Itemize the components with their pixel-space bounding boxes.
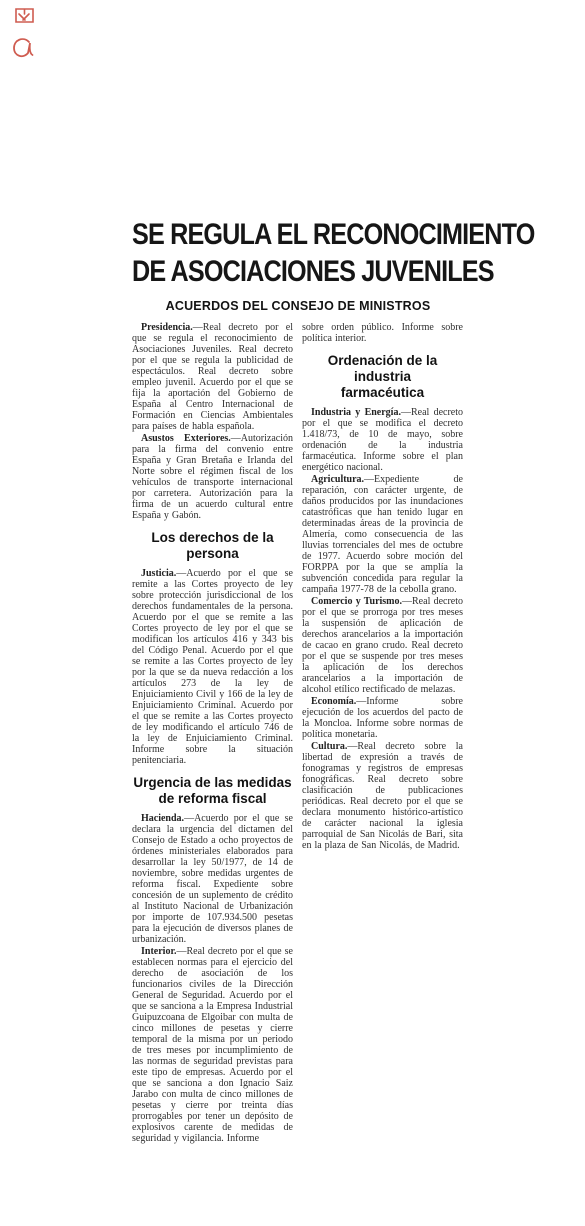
para-agricultura: Agricultura.—Expediente de reparación, c… (302, 474, 463, 595)
para-presidencia: Presidencia.—Real decreto por el que se … (132, 322, 293, 432)
paragraph-lead: Economía. (311, 696, 356, 707)
paragraph-lead: Cultura. (311, 741, 347, 752)
paragraph-lead: Industria y Energía. (311, 407, 401, 418)
paragraph-lead: Asustos Exteriores. (141, 433, 231, 444)
para-asuntos-exteriores: Asustos Exteriores.—Autorización para la… (132, 433, 293, 521)
article-columns: Presidencia.—Real decreto por el que se … (132, 322, 464, 1145)
para-justicia: Justicia.—Acuerdo por el que se remite a… (132, 568, 293, 766)
paragraph-lead: Agricultura. (311, 474, 364, 485)
para-comercio-turismo: Comercio y Turismo.—Real decreto por el … (302, 596, 463, 695)
para-interior: Interior.—Real decreto por el que se est… (132, 946, 293, 1144)
paragraph-lead: Comercio y Turismo. (311, 596, 402, 607)
subhead: ACUERDOS DEL CONSEJO DE MINISTROS (132, 299, 464, 313)
red-pencil-mark-1 (14, 6, 36, 31)
headline-line-2: DE ASOCIACIONES JUVENILES (132, 253, 411, 290)
para-economia: Economía.—Informe sobre ejecución de los… (302, 696, 463, 740)
para-interior-continuacion: sobre orden público. Informe sobre polít… (302, 322, 463, 344)
headline: SE REGULA EL RECONOCIMIENTO DE ASOCIACIO… (132, 216, 464, 290)
column-left: Presidencia.—Real decreto por el que se … (132, 322, 293, 1145)
red-pencil-mark-2 (10, 34, 36, 63)
newspaper-clipping: SE REGULA EL RECONOCIMIENTO DE ASOCIACIO… (0, 0, 585, 1226)
column-right: sobre orden público. Informe sobre polít… (302, 322, 463, 1145)
article: SE REGULA EL RECONOCIMIENTO DE ASOCIACIO… (132, 216, 464, 1145)
section-heading: Ordenación de la industriafarmacéutica (302, 353, 463, 401)
para-cultura: Cultura.—Real decreto sobre la libertad … (302, 741, 463, 851)
paragraph-lead: Interior. (141, 946, 176, 957)
paragraph-lead: Justicia. (141, 568, 176, 579)
section-heading: Urgencia de las medidasde reforma fiscal (132, 775, 293, 807)
para-industria-energia: Industria y Energía.—Real decreto por el… (302, 407, 463, 473)
paragraph-lead: Presidencia. (141, 322, 193, 333)
paragraph-lead: Hacienda. (141, 813, 184, 824)
section-heading: Los derechos de la persona (132, 530, 293, 562)
para-hacienda: Hacienda.—Acuerdo por el que se declara … (132, 813, 293, 945)
headline-line-1: SE REGULA EL RECONOCIMIENTO (132, 216, 411, 253)
